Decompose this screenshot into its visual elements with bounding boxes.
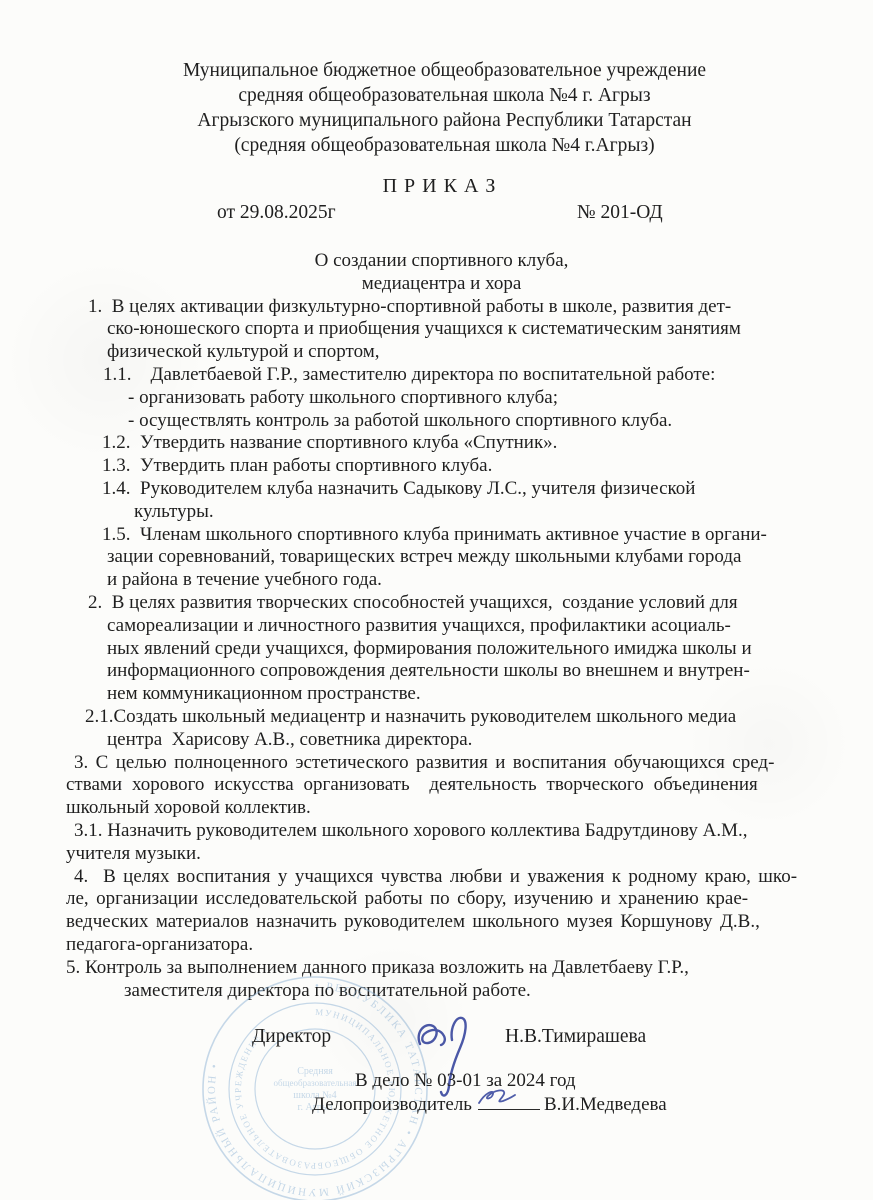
signature-name: Н.В.Тимирашева [505, 1026, 646, 1048]
body-line: самореализации и личностного развития уч… [107, 615, 807, 638]
body: 1. В целях активации физкультурно-спорти… [72, 296, 807, 1003]
body-line: нем коммуникационном пространстве. [107, 683, 807, 706]
body-line: центра Харисову А.В., советника директор… [107, 729, 807, 752]
svg-text:Средняя: Средняя [297, 1066, 333, 1077]
body-line: 3. С целью полноценного эстетического ра… [74, 752, 807, 775]
letterhead-line: Агрызского муниципального района Республ… [82, 108, 807, 133]
letterhead-line: Муниципальное бюджетное общеобразователь… [82, 58, 807, 83]
body-line: педагога-организатора. [66, 934, 807, 957]
body-line: информационного сопровождения деятельнос… [107, 660, 807, 683]
body-line: 1.4. Руководителем клуба назначить Садык… [102, 478, 807, 501]
filing-note: В дело № 03-01 за 2024 год [355, 1070, 576, 1092]
scanned-order-page: • РЕСПУБЛИКА ТАТАРСТАН • АГРЫЗСКИЙ МУНИЦ… [0, 0, 873, 1200]
body-line: 4. В целях воспитания у учащихся чувства… [74, 866, 807, 889]
clerk-signature-ink [476, 1082, 518, 1108]
body-line: 2. В целях развития творческих способнос… [88, 592, 807, 615]
body-line: ско-юношеского спорта и приобщения учащи… [107, 318, 807, 341]
body-line: 5. Контроль за выполнением данного прика… [66, 957, 807, 980]
order-number: № 201-ОД [577, 202, 663, 224]
body-line: 1.2. Утвердить название спортивного клуб… [102, 432, 807, 455]
body-line: - организовать работу школьного спортивн… [128, 387, 807, 410]
body-line: ведческих материалов назначить руководит… [66, 911, 807, 934]
signature-role: Директор [252, 1026, 331, 1048]
body-line: учителя музыки. [66, 843, 807, 866]
body-line: и района в течение учебного года. [107, 569, 807, 592]
body-line: школьный хоровой коллектив. [66, 797, 807, 820]
letterhead-line: средняя общеобразовательная школа №4 г. … [82, 83, 807, 108]
svg-text:общеобразовательная: общеобразовательная [274, 1078, 357, 1088]
body-line: 1. В целях активации физкультурно-спорти… [88, 296, 807, 319]
body-line: физической культурой и спортом, [107, 341, 807, 364]
order-date-row: от 29.08.2025г № 201-ОД [72, 202, 807, 226]
body-line: ных явлений среди учащихся, формирования… [107, 638, 807, 661]
body-line: 1.5. Членам школьного спортивного клуба … [102, 524, 807, 547]
order-title: П Р И К А З [72, 174, 807, 198]
body-line: 1.1. Давлетбаевой Г.Р., заместителю дире… [103, 364, 807, 387]
body-line: - осуществлять контроль за работой школь… [128, 410, 807, 433]
body-line: 2.1.Создать школьный медиацентр и назнач… [85, 706, 807, 729]
body-line: зации соревнований, товарищеских встреч … [107, 546, 807, 569]
subject-line: медиацентра и хора [76, 273, 807, 296]
order-date: от 29.08.2025г [217, 202, 336, 224]
clerk-name: В.И.Медведева [544, 1094, 667, 1115]
body-line: 3.1. Назначить руководителем школьного х… [74, 820, 807, 843]
body-line: ле, организации исследовательской работы… [66, 888, 807, 911]
body-line: 1.3. Утвердить план работы спортивного к… [102, 455, 807, 478]
order-subject: О создании спортивного клуба, медиацентр… [76, 250, 807, 296]
clerk-label: Делопроизводитель [312, 1094, 472, 1115]
letterhead: Муниципальное бюджетное общеобразователь… [82, 58, 807, 158]
body-line: ствами хорового искусства организовать д… [66, 774, 807, 797]
body-line: культуры. [134, 501, 807, 524]
letterhead-line: (средняя общеобразовательная школа №4 г.… [82, 133, 807, 158]
subject-line: О создании спортивного клуба, [76, 250, 807, 273]
